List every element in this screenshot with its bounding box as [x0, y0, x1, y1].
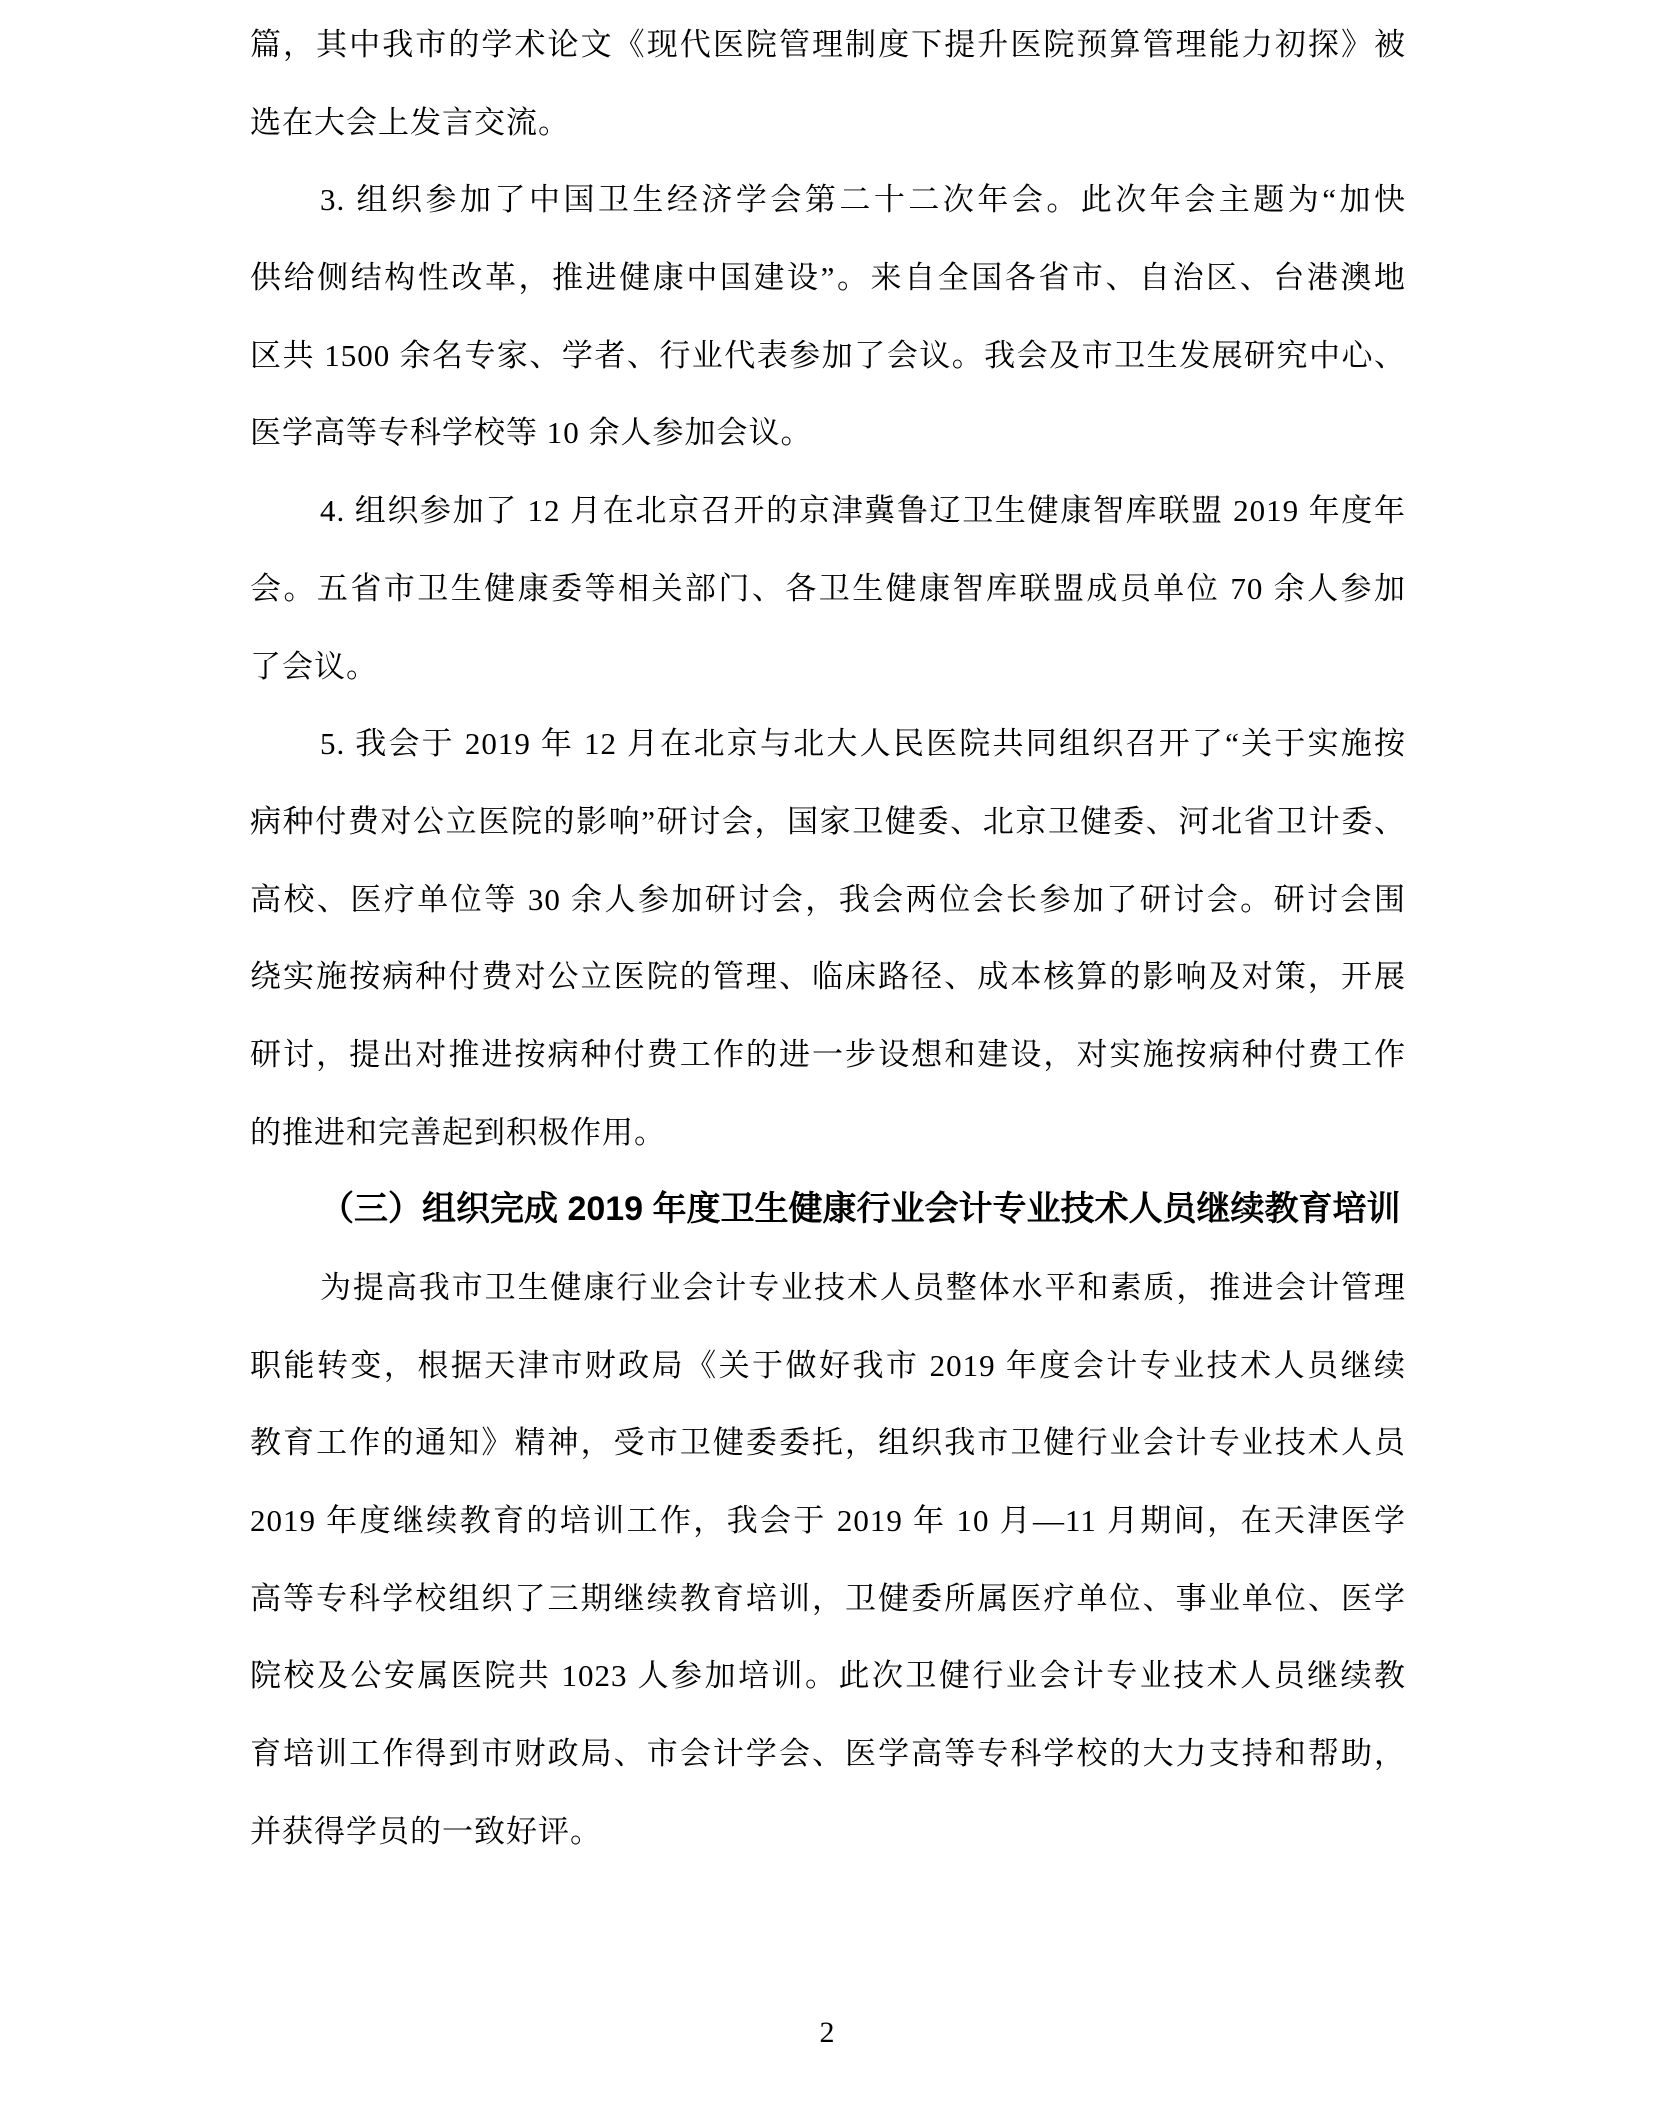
- document-body: 篇，其中我市的学术论文《现代医院管理制度下提升医院预算管理能力初探》被选在大会上…: [250, 6, 1406, 1871]
- text-line: 职能转变，根据天津市财政局《关于做好我市 2019 年度会计专业技术人员继续: [250, 1327, 1406, 1405]
- page-number: 2: [0, 2016, 1654, 2050]
- text-line: 高等专科学校组织了三期继续教育培训，卫健委所属医疗单位、事业单位、医学: [250, 1560, 1406, 1638]
- text-line: 为提高我市卫生健康行业会计专业技术人员整体水平和素质，推进会计管理: [250, 1249, 1406, 1327]
- text-line: 教育工作的通知》精神，受市卫健委委托，组织我市卫健行业会计专业技术人员: [250, 1404, 1406, 1482]
- text-line: 医学高等专科学校等 10 余人参加会议。: [250, 394, 1406, 472]
- text-line: 3. 组织参加了中国卫生经济学会第二十二次年会。此次年会主题为“加快: [250, 161, 1406, 239]
- text-line: 2019 年度继续教育的培训工作，我会于 2019 年 10 月—11 月期间，…: [250, 1482, 1406, 1560]
- text-line: 育培训工作得到市财政局、市会计学会、医学高等专科学校的大力支持和帮助，: [250, 1715, 1406, 1793]
- section-heading: （三）组织完成 2019 年度卫生健康行业会计专业技术人员继续教育培训: [250, 1171, 1406, 1249]
- text-line: 选在大会上发言交流。: [250, 84, 1406, 162]
- document-page: 篇，其中我市的学术论文《现代医院管理制度下提升医院预算管理能力初探》被选在大会上…: [0, 0, 1654, 2126]
- text-line: 研讨，提出对推进按病种付费工作的进一步设想和建设，对实施按病种付费工作: [250, 1016, 1406, 1094]
- text-line: 并获得学员的一致好评。: [250, 1793, 1406, 1871]
- text-line: 篇，其中我市的学术论文《现代医院管理制度下提升医院预算管理能力初探》被: [250, 6, 1406, 84]
- text-line: 高校、医疗单位等 30 余人参加研讨会，我会两位会长参加了研讨会。研讨会围: [250, 861, 1406, 939]
- text-line: 院校及公安属医院共 1023 人参加培训。此次卫健行业会计专业技术人员继续教: [250, 1637, 1406, 1715]
- text-line: 病种付费对公立医院的影响”研讨会，国家卫健委、北京卫健委、河北省卫计委、: [250, 783, 1406, 861]
- text-line: 会。五省市卫生健康委等相关部门、各卫生健康智库联盟成员单位 70 余人参加: [250, 550, 1406, 628]
- text-line: 4. 组织参加了 12 月在北京召开的京津冀鲁辽卫生健康智库联盟 2019 年度…: [250, 472, 1406, 550]
- text-line: 绕实施按病种付费对公立医院的管理、临床路径、成本核算的影响及对策，开展: [250, 938, 1406, 1016]
- text-line: 5. 我会于 2019 年 12 月在北京与北大人民医院共同组织召开了“关于实施…: [250, 705, 1406, 783]
- text-line: 了会议。: [250, 628, 1406, 706]
- text-line: 供给侧结构性改革，推进健康中国建设”。来自全国各省市、自治区、台港澳地: [250, 239, 1406, 317]
- text-line: 的推进和完善起到积极作用。: [250, 1094, 1406, 1172]
- text-line: 区共 1500 余名专家、学者、行业代表参加了会议。我会及市卫生发展研究中心、: [250, 317, 1406, 395]
